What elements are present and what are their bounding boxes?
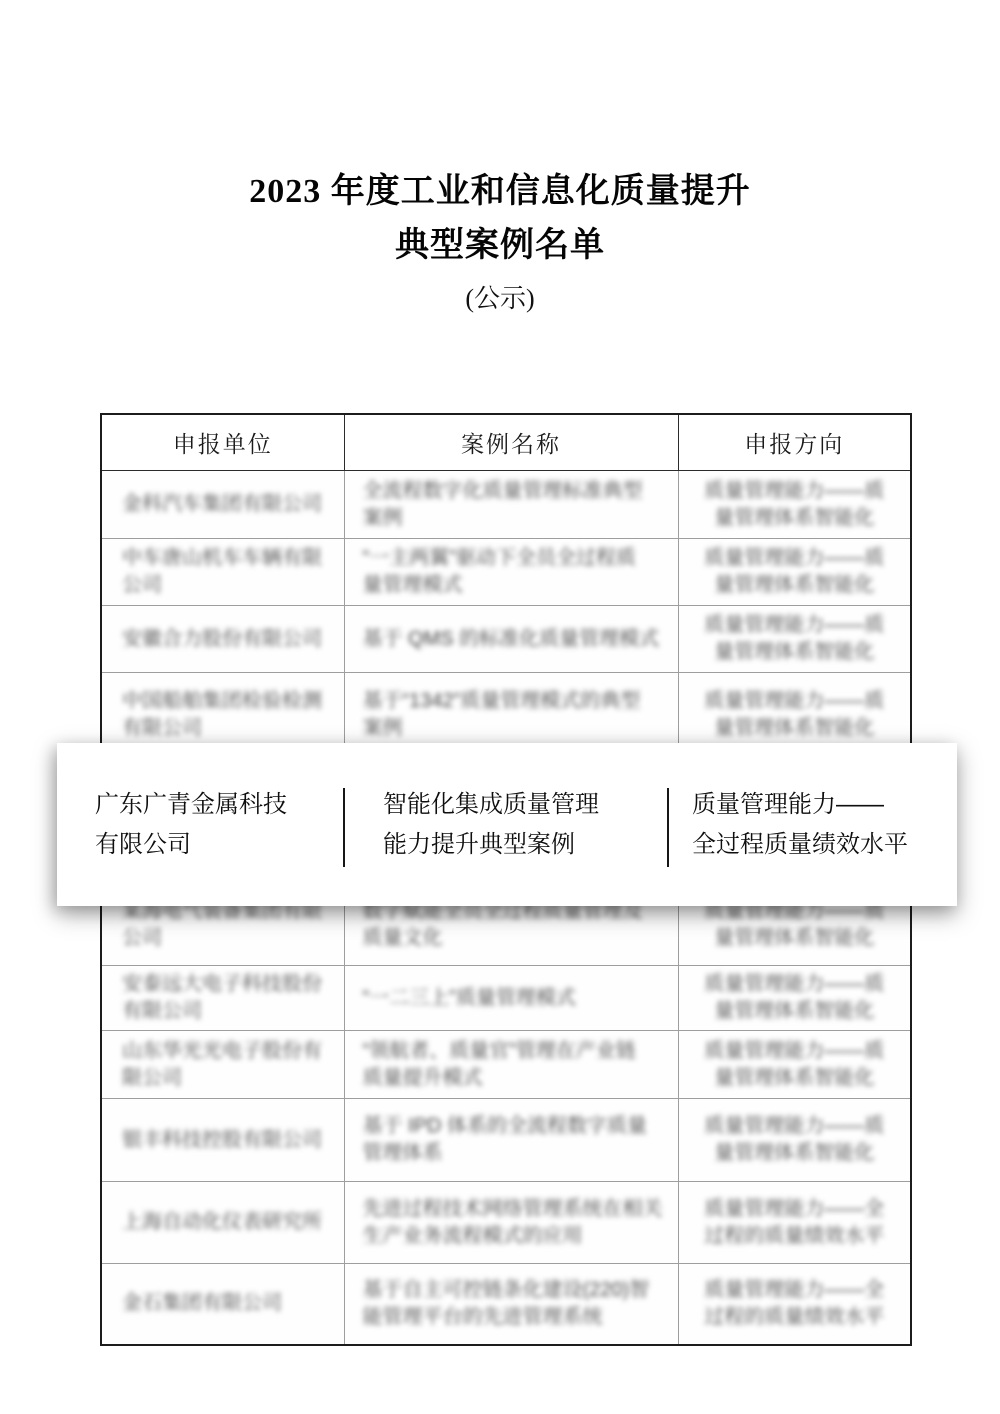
cell-unit: 金科汽车集团有限公司: [101, 471, 344, 539]
cell-case: “领航者、质量官”管理在产业链质量提升模式: [344, 1031, 678, 1099]
blurred-text: 质量管理能力——质量管理体系智能化: [687, 1038, 903, 1092]
cell-case: 先进过程技术网络管理系统在相关生产业务流程模式的应用: [344, 1182, 678, 1264]
cell-direction: 质量管理能力——全过程的质量绩效水平: [678, 1264, 911, 1345]
blurred-text: 全流程数字化质量管理标准典型案例: [353, 478, 670, 532]
highlight-case-line1: 智能化集成质量管理: [383, 785, 663, 825]
table-row: 银丰科技控股有限公司基于 IPD 体系的全流程数字质量管理体系质量管理能力——质…: [101, 1099, 911, 1182]
blurred-text: 山东华光光电子股份有限公司: [110, 1038, 336, 1092]
cell-direction: 质量管理能力——质量管理体系智能化: [678, 539, 911, 606]
blurred-text: 质量管理能力——全过程的质量绩效水平: [687, 1277, 903, 1331]
blurred-text: 基于“1342”质量管理模式的典型案例: [353, 688, 670, 742]
blurred-text: “领航者、质量官”管理在产业链质量提升模式: [353, 1038, 670, 1092]
highlight-case-cell: 智能化集成质量管理 能力提升典型案例: [383, 785, 663, 865]
cell-case: 基于 QMS 的标准化质量管理模式: [344, 606, 678, 673]
table-row: 安徽合力股份有限公司基于 QMS 的标准化质量管理模式质量管理能力——质量管理体…: [101, 606, 911, 673]
cell-case: 基于 IPD 体系的全流程数字质量管理体系: [344, 1099, 678, 1182]
blurred-text: 安徽合力股份有限公司: [110, 626, 336, 653]
blurred-text: 质量管理能力——质量管理体系智能化: [687, 545, 903, 599]
table-row: 上海自动化仪表研究所先进过程技术网络管理系统在相关生产业务流程模式的应用质量管理…: [101, 1182, 911, 1264]
highlight-direction-cell: 质量管理能力—— 全过程质量绩效水平: [692, 785, 954, 865]
cell-direction: 质量管理能力——质量管理体系智能化: [678, 966, 911, 1031]
table-body: 金科汽车集团有限公司全流程数字化质量管理标准典型案例质量管理能力——质量管理体系…: [101, 471, 911, 1345]
page-title-line1: 2023 年度工业和信息化质量提升: [0, 170, 1000, 214]
cell-direction: 质量管理能力——全过程的质量绩效水平: [678, 1182, 911, 1264]
cell-direction: 质量管理能力——质量管理体系智能化: [678, 606, 911, 673]
cell-unit: 上海自动化仪表研究所: [101, 1182, 344, 1264]
cell-direction: 质量管理能力——质量管理体系智能化: [678, 1099, 911, 1182]
table-row: 安泰远大电子科技股份有限公司“一二三上”质量管理模式质量管理能力——质量管理体系…: [101, 966, 911, 1031]
blurred-text: 基于 QMS 的标准化质量管理模式: [353, 626, 670, 653]
blurred-text: 质量管理能力——质量管理体系智能化: [687, 1113, 903, 1167]
blurred-text: 中国船舶集团检验检测有限公司: [110, 688, 336, 742]
blurred-text: 中车唐山机车车辆有限公司: [110, 545, 336, 599]
blurred-text: 质量管理能力——质量管理体系智能化: [687, 971, 903, 1025]
table-row: 金石集团有限公司基于自主可控链条化建设(220)智能管理平台的先进管理系统质量管…: [101, 1264, 911, 1345]
blurred-text: 银丰科技控股有限公司: [110, 1127, 336, 1154]
cell-unit: 中车唐山机车车辆有限公司: [101, 539, 344, 606]
page-title-line2: 典型案例名单: [0, 224, 1000, 268]
table-header-row: 申报单位 案例名称 申报方向: [101, 414, 911, 471]
table-row: 中车唐山机车车辆有限公司“一主两翼”驱动下全员全过程质量管理模式质量管理能力——…: [101, 539, 911, 606]
blurred-text: 质量管理能力——质量管理体系智能化: [687, 478, 903, 532]
column-header-unit: 申报单位: [101, 414, 344, 471]
highlight-direction-line1: 质量管理能力——: [692, 785, 954, 825]
cell-unit: 安泰远大电子科技股份有限公司: [101, 966, 344, 1031]
table-row: 山东华光光电子股份有限公司“领航者、质量官”管理在产业链质量提升模式质量管理能力…: [101, 1031, 911, 1099]
cell-case: 全流程数字化质量管理标准典型案例: [344, 471, 678, 539]
cell-case: 基于自主可控链条化建设(220)智能管理平台的先进管理系统: [344, 1264, 678, 1345]
cell-direction: 质量管理能力——质量管理体系智能化: [678, 1031, 911, 1099]
blurred-text: 安泰远大电子科技股份有限公司: [110, 971, 336, 1025]
highlight-unit-line1: 广东广青金属科技: [95, 785, 340, 825]
cell-unit: 安徽合力股份有限公司: [101, 606, 344, 673]
highlight-direction-line2: 全过程质量绩效水平: [692, 825, 954, 865]
cell-direction: 质量管理能力——质量管理体系智能化: [678, 471, 911, 539]
cell-unit: 金石集团有限公司: [101, 1264, 344, 1345]
cell-unit: 银丰科技控股有限公司: [101, 1099, 344, 1182]
document-page: 2023 年度工业和信息化质量提升 典型案例名单 (公示) 申报单位 案例名称 …: [0, 0, 1000, 1414]
blurred-text: “一二三上”质量管理模式: [353, 985, 670, 1012]
highlight-card: 广东广青金属科技 有限公司 智能化集成质量管理 能力提升典型案例 质量管理能力—…: [57, 743, 957, 906]
card-column-divider: [667, 788, 669, 867]
table-row: 金科汽车集团有限公司全流程数字化质量管理标准典型案例质量管理能力——质量管理体系…: [101, 471, 911, 539]
blurred-text: 基于 IPD 体系的全流程数字质量管理体系: [353, 1113, 670, 1167]
blurred-text: 先进过程技术网络管理系统在相关生产业务流程模式的应用: [353, 1196, 670, 1250]
blurred-text: 质量管理能力——全过程的质量绩效水平: [687, 1196, 903, 1250]
card-column-divider: [343, 788, 345, 867]
blurred-text: 质量管理能力——质量管理体系智能化: [687, 688, 903, 742]
blurred-text: 上海自动化仪表研究所: [110, 1209, 336, 1236]
blurred-text: 基于自主可控链条化建设(220)智能管理平台的先进管理系统: [353, 1277, 670, 1331]
blurred-text: “一主两翼”驱动下全员全过程质量管理模式: [353, 545, 670, 599]
highlight-unit-cell: 广东广青金属科技 有限公司: [95, 785, 340, 865]
column-header-direction: 申报方向: [678, 414, 911, 471]
highlight-case-line2: 能力提升典型案例: [383, 825, 663, 865]
blurred-text: 金科汽车集团有限公司: [110, 491, 336, 518]
highlight-unit-line2: 有限公司: [95, 825, 340, 865]
cell-case: “一主两翼”驱动下全员全过程质量管理模式: [344, 539, 678, 606]
blurred-text: 金石集团有限公司: [110, 1290, 336, 1317]
page-subtitle: (公示): [0, 281, 1000, 317]
blurred-text: 质量管理能力——质量管理体系智能化: [687, 612, 903, 666]
cell-unit: 山东华光光电子股份有限公司: [101, 1031, 344, 1099]
column-header-case: 案例名称: [344, 414, 678, 471]
cell-case: “一二三上”质量管理模式: [344, 966, 678, 1031]
